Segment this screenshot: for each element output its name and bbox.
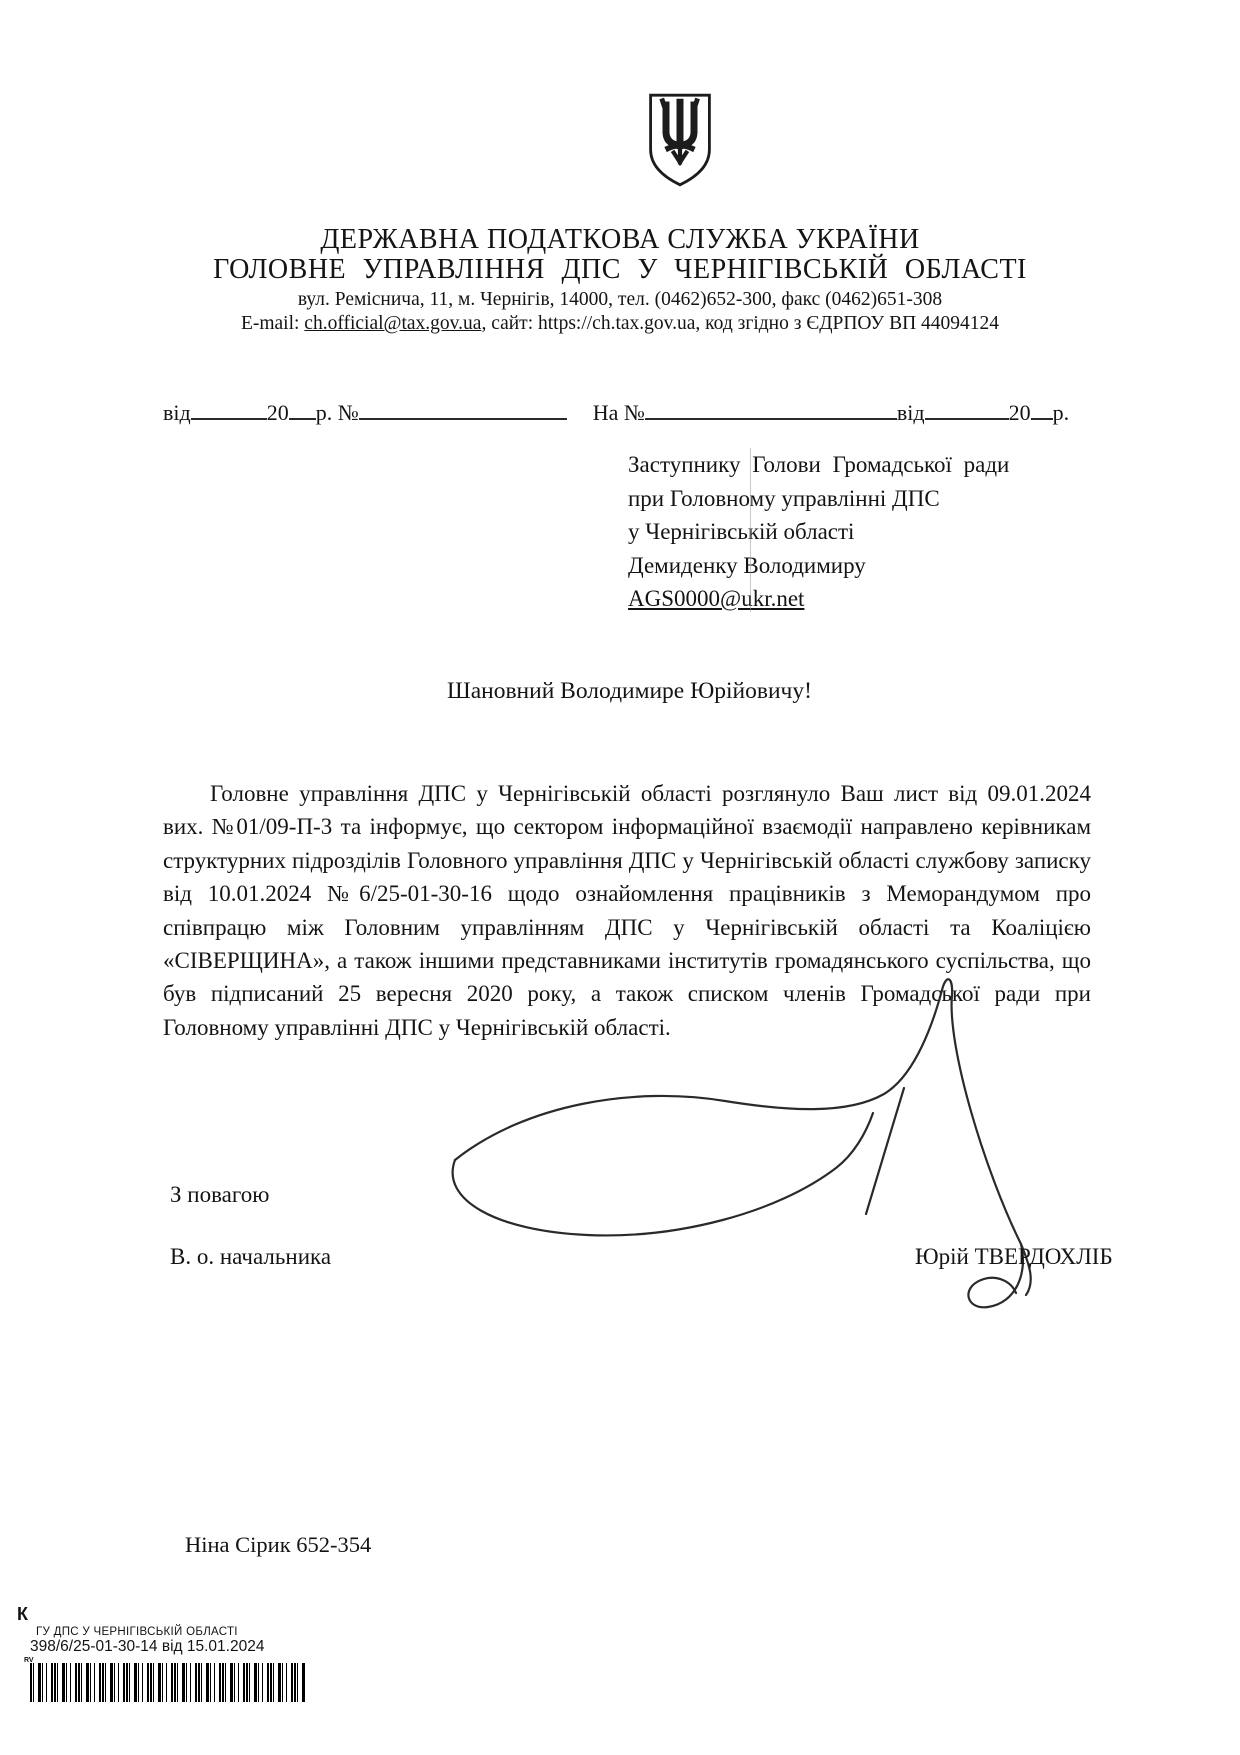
org-email-link[interactable]: ch.official@tax.gov.ua xyxy=(304,313,481,334)
ref-year-blank-left xyxy=(289,398,316,420)
recipient-line: при Головному управлінні ДПС xyxy=(628,482,1098,516)
org-contacts-line: E-mail: ch.official@tax.gov.ua, сайт: ht… xyxy=(0,313,1240,335)
executor-contact: Ніна Сірик 652-354 xyxy=(185,1532,371,1558)
reference-date-line: від20р. №На №від20р. xyxy=(163,398,1188,426)
signer-position: В. о. начальника xyxy=(170,1244,331,1270)
org-name-line2: ГОЛОВНЕ УПРАВЛІННЯ ДПС У ЧЕРНІГІВСЬКІЙ О… xyxy=(0,254,1240,286)
ref-year-blank-right xyxy=(1031,398,1053,420)
org-address-line: вул. Реміснича, 11, м. Чернігів, 14000, … xyxy=(0,289,1240,311)
trident-icon xyxy=(645,92,715,188)
recipient-email-link[interactable]: AGS0000@ukr.net xyxy=(628,586,804,611)
registration-barcode xyxy=(30,1663,306,1702)
footer-k-mark: К xyxy=(17,1604,28,1625)
footer-doc-number: 398/6/25-01-30-14 від 15.01.2024 xyxy=(30,1638,264,1656)
ref-date-blank-right xyxy=(925,398,1009,420)
ref-number-blank-left xyxy=(359,398,567,420)
recipient-line: Демиденку Володимиру xyxy=(628,549,1098,583)
org-name-line1: ДЕРЖАВНА ПОДАТКОВА СЛУЖБА УКРАЇНИ xyxy=(0,224,1240,256)
footer-org-name: ГУ ДПС У ЧЕРНІГІВСЬКІЙ ОБЛАСТІ xyxy=(36,1626,238,1638)
ref-vid-label-right: від xyxy=(897,400,925,425)
site-and-code-text: , сайт: https://ch.tax.gov.ua, код згідн… xyxy=(481,313,999,334)
salutation: Шановний Володимире Юрійовичу! xyxy=(447,678,812,705)
ref-year-right: 20 xyxy=(1009,400,1031,425)
ref-vid-label-left: від xyxy=(163,400,191,425)
signer-name: Юрій ТВЕРДОХЛІБ xyxy=(915,1244,1113,1270)
ref-number-label-left: р. № xyxy=(316,400,359,425)
ref-na-no-label: На № xyxy=(593,400,645,425)
closing-regards: З повагою xyxy=(170,1182,269,1208)
ukraine-trident-emblem xyxy=(645,92,715,188)
recipient-block: Заступнику Голови Громадської ради при Г… xyxy=(628,448,1098,616)
scanned-letter-page: ДЕРЖАВНА ПОДАТКОВА СЛУЖБА УКРАЇНИ ГОЛОВН… xyxy=(0,0,1240,1755)
ref-r-label-right: р. xyxy=(1053,400,1070,425)
recipient-line: Заступнику Голови Громадської ради xyxy=(628,448,1098,482)
ref-number-blank-right xyxy=(645,398,897,420)
ref-date-blank-left xyxy=(191,398,267,420)
email-label: E-mail: xyxy=(241,313,304,334)
recipient-line: у Чернігівській області xyxy=(628,515,1098,549)
scan-artifact-line xyxy=(750,448,751,612)
ref-year-left: 20 xyxy=(267,400,289,425)
